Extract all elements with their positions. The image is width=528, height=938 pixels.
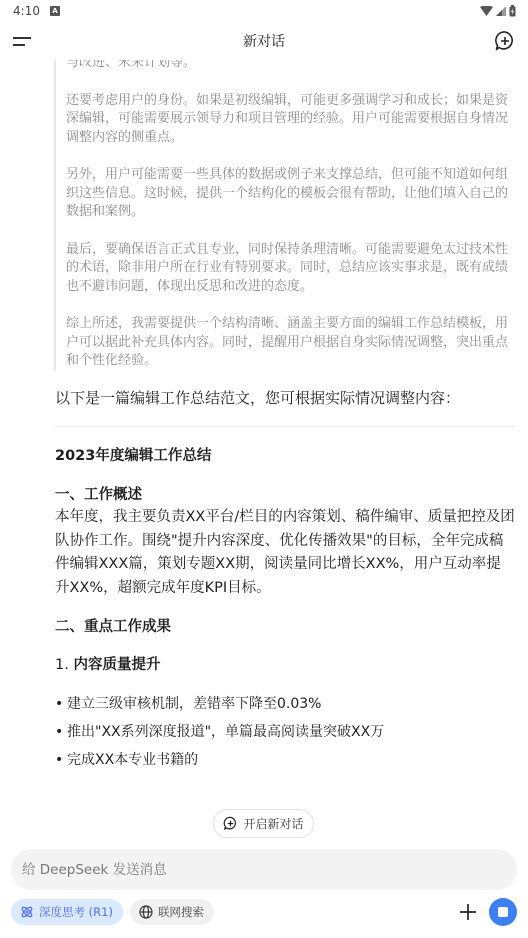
deep-think-toggle[interactable]: 深度思考 (R1) [11,899,123,925]
list-item: •完成XX本专业书籍的 [55,748,515,772]
thinking-block: 与改进、未来计划等。 还要考虑用户的身份。如果是初级编辑，可能更多强调学习和成长… [54,60,516,371]
status-bar: 4:10 A [0,0,528,22]
signal-icon [496,6,506,16]
chat-scroll-area[interactable]: 与改进、未来计划等。 还要考虑用户的身份。如果是初级编辑，可能更多强调学习和成长… [0,60,528,835]
assistant-answer: 以下是一篇编辑工作总结范文，您可根据实际情况调整内容： 2023年度编辑工作总结… [55,387,515,776]
atom-icon [20,905,34,919]
list-item-text: 建立三级审核机制，差错率下降至0.03% [67,692,321,716]
document-title: 2023年度编辑工作总结 [55,445,515,467]
list-item-text: 推出"XX系列深度报道"，单篇最高阅读量突破XX万 [67,720,384,744]
notification-icon: A [50,6,60,16]
new-chat-icon [494,30,516,52]
thinking-paragraph: 最后，要确保语言正式且专业，同时保持条理清晰。可能需要避免太过技术性的术语，除非… [66,241,516,297]
attach-button[interactable] [458,902,478,922]
start-new-chat-button[interactable]: 开启新对话 [213,809,314,838]
stop-generating-button[interactable] [489,898,517,926]
subsection-number: 1. [55,657,69,673]
battery-icon [509,5,516,17]
message-input[interactable] [22,862,517,878]
bullet-icon: • [55,748,67,772]
stop-icon [498,907,508,917]
thinking-paragraph: 另外，用户可能需要一些具体的数据或例子来支撑总结，但可能不知道如何组织这些信息。… [66,166,516,222]
thinking-paragraph: 综上所述，我需要提供一个结构清晰、涵盖主要方面的编辑工作总结模板，用户可以据此补… [66,315,516,371]
subsection-title: 内容质量提升 [73,657,160,673]
bullet-icon: • [55,720,67,744]
divider [55,426,515,427]
wifi-icon [480,6,493,16]
status-time: 4:10 [13,4,40,18]
section-heading: 二、重点工作成果 [55,616,515,638]
list-item-text: 完成XX本专业书籍的 [67,748,198,772]
section-heading: 一、工作概述 [55,484,515,506]
composer-toolbar: 深度思考 (R1) 联网搜索 [11,898,517,926]
deep-think-label: 深度思考 (R1) [39,904,113,920]
plus-icon [458,902,478,922]
section-body: 本年度，我主要负责XX平台/栏目的内容策划、稿件编审、质量把控及团队协作工作。围… [55,506,515,600]
page-title: 新对话 [243,31,285,51]
web-search-label: 联网搜索 [158,904,204,920]
new-chat-button[interactable] [494,30,516,52]
menu-icon [13,35,33,49]
thinking-paragraph: 与改进、未来计划等。 [66,60,516,73]
subsection-heading: 1. 内容质量提升 [55,654,515,676]
thinking-paragraph: 还要考虑用户的身份。如果是初级编辑，可能更多强调学习和成长；如果是资深编辑，可能… [66,92,516,148]
bullet-list: •建立三级审核机制，差错率下降至0.03% •推出"XX系列深度报道"，单篇最高… [55,692,515,772]
list-item: •推出"XX系列深度报道"，单篇最高阅读量突破XX万 [55,720,515,744]
start-new-chat-label: 开启新对话 [243,815,303,832]
answer-intro: 以下是一篇编辑工作总结范文，您可根据实际情况调整内容： [55,387,515,409]
web-search-toggle[interactable]: 联网搜索 [130,899,214,925]
message-composer [11,849,517,890]
list-item: •建立三级审核机制，差错率下降至0.03% [55,692,515,716]
menu-button[interactable] [13,34,33,48]
new-chat-icon [223,816,238,831]
globe-icon [139,905,153,919]
bullet-icon: • [55,692,67,716]
app-bar: 新对话 [0,22,528,60]
